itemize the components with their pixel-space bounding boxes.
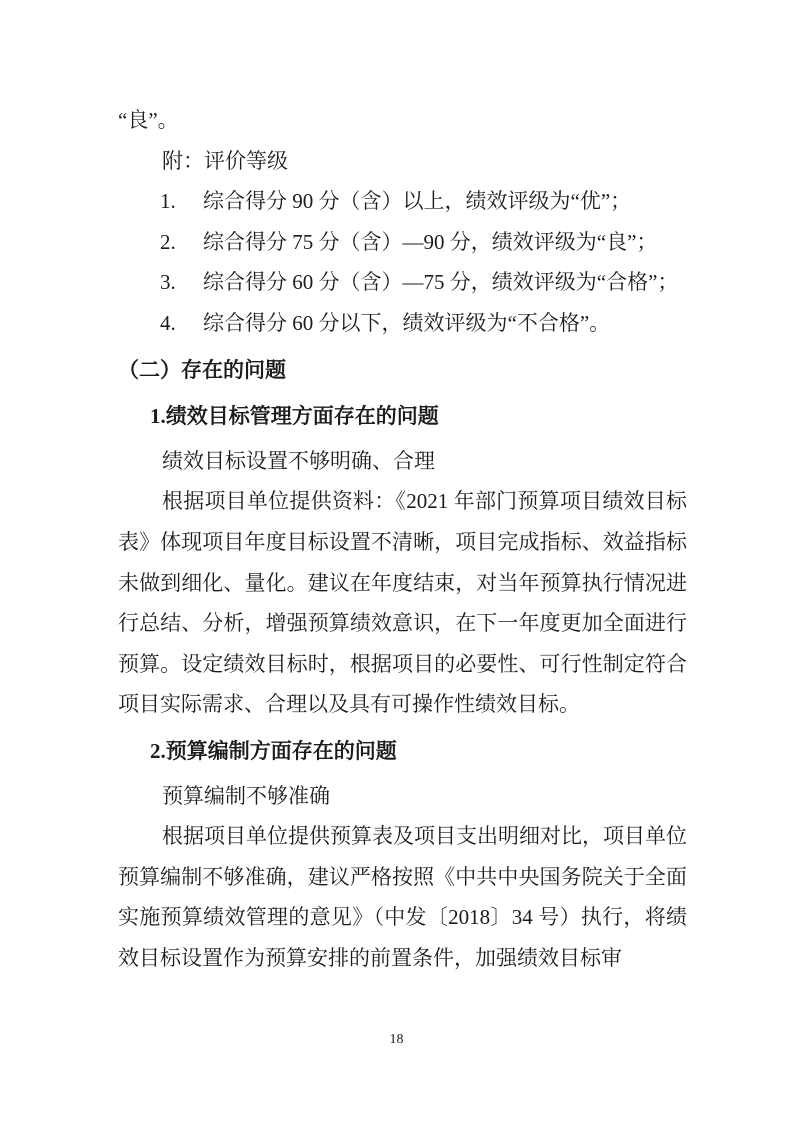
list-item-text: 综合得分 90 分（含）以上，绩效评级为“优”； xyxy=(203,181,687,222)
paragraph: 根据项目单位提供预算表及项目支出明细对比，项目单位预算编制不够准确，建议严格按照… xyxy=(118,816,687,978)
paragraph: 绩效目标设置不够明确、合理 xyxy=(118,441,687,482)
paragraph: 附：评价等级 xyxy=(118,141,687,182)
list-item: 1.综合得分 90 分（含）以上，绩效评级为“优”； xyxy=(160,181,687,222)
list-item-text: 综合得分 75 分（含）—90 分，绩效评级为“良”； xyxy=(203,222,687,263)
list-item: 3.综合得分 60 分（含）—75 分，绩效评级为“合格”； xyxy=(160,262,687,303)
paragraph: 根据项目单位提供资料：《2021 年部门预算项目绩效目标表》体现项目年度目标设置… xyxy=(118,481,687,725)
list-item-text: 综合得分 60 分（含）—75 分，绩效评级为“合格”； xyxy=(203,262,687,303)
list-item-number: 1. xyxy=(160,181,203,222)
list-item-text: 综合得分 60 分以下，绩效评级为“不合格”。 xyxy=(203,303,687,344)
page-number: 18 xyxy=(390,1032,404,1047)
list-item-number: 2. xyxy=(160,222,203,263)
section-heading: 1.绩效目标管理方面存在的问题 xyxy=(150,396,687,437)
document-page: “良”。附：评价等级1.综合得分 90 分（含）以上，绩效评级为“优”；2.综合… xyxy=(0,0,793,1122)
list-item: 4.综合得分 60 分以下，绩效评级为“不合格”。 xyxy=(160,303,687,344)
section-heading: （二）存在的问题 xyxy=(118,350,687,391)
list-item: 2.综合得分 75 分（含）—90 分，绩效评级为“良”； xyxy=(160,222,687,263)
document-body: “良”。附：评价等级1.综合得分 90 分（含）以上，绩效评级为“优”；2.综合… xyxy=(118,100,687,978)
paragraph: “良”。 xyxy=(118,100,687,141)
section-heading: 2.预算编制方面存在的问题 xyxy=(150,731,687,772)
list-item-number: 3. xyxy=(160,262,203,303)
list-item-number: 4. xyxy=(160,303,203,344)
page-footer: 18 xyxy=(0,1030,793,1050)
paragraph: 预算编制不够准确 xyxy=(118,776,687,817)
